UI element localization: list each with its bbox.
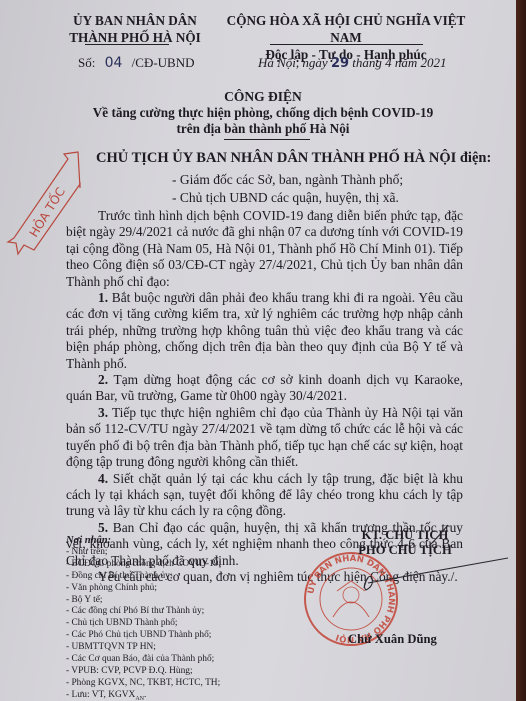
issuing-agency: ỦY BAN NHÂN DÂN THÀNH PHỐ HÀ NỘI — [55, 12, 215, 46]
distribution-item: - Chủ tịch UBND Thành phố; — [66, 618, 221, 630]
distribution-item: - Đồng chí Bí thư Thành ủy; — [66, 571, 221, 583]
signer-name: Chử Xuân Dũng — [348, 632, 437, 647]
document-type: CÔNG ĐIỆN — [0, 89, 526, 105]
recipient-line: - Giám đốc các Sở, ban, ngành Thành phố; — [172, 172, 403, 188]
number-handwritten: 04 — [105, 55, 123, 71]
date-day-handwritten: 29 — [331, 56, 349, 71]
number-label: Số: — [78, 55, 95, 70]
directive-item-2: 2. Tạm dừng hoạt động các cơ sở kinh doa… — [66, 372, 463, 405]
date-suffix: tháng 4 năm 2021 — [352, 55, 446, 70]
document-date: Hà Nội, ngày 29 tháng 4 năm 2021 — [258, 55, 447, 71]
distribution-item: - VPUB: CVP, PCVP Đ.Q. Hùng; — [66, 666, 221, 678]
distribution-item: - Lưu: VT, KGVXAN. — [66, 690, 221, 701]
distribution-item: - BCĐQG phòng chống dịch COVID-19; — [66, 559, 221, 571]
date-prefix: Hà Nội, ngày — [258, 55, 328, 70]
distribution-item: - Các Phó Chủ tịch UBND Thành phố; — [66, 630, 221, 642]
sender-line: CHỦ TỊCH ỦY BAN NHÂN DÂN THÀNH PHỐ HÀ NỘ… — [96, 150, 516, 167]
distribution-item: - Các Cơ quan Báo, đài của Thành phố; — [66, 654, 221, 666]
agency-line-1: ỦY BAN NHÂN DÂN — [55, 12, 215, 29]
subject-line-2: trên địa bàn thành phố Hà Nội — [0, 121, 526, 137]
distribution-item: - Như trên; — [66, 547, 221, 559]
directive-item-3: 3. Tiếp tục thực hiện nghiêm chỉ đạo của… — [66, 405, 463, 471]
motto-underline — [270, 44, 423, 45]
distribution-item: - Phòng KGVX, NC, TKBT, HCTC, TH; — [66, 678, 221, 690]
directive-item-1: 1. Bắt buộc người dân phải đeo khẩu tran… — [66, 290, 463, 372]
distribution-item: - UBMTTQVN TP HN; — [66, 642, 221, 654]
recipient-line: - Chủ tịch UBND các quận, huyện, thị xã. — [172, 190, 399, 206]
distribution-item: - Văn phòng Chính phủ; — [66, 583, 221, 595]
nation-line-1: CỘNG HÒA XÃ HỘI CHỦ NGHĨA VIỆT NAM — [215, 12, 477, 46]
intro-paragraph: Trước tình hình dịch bệnh COVID-19 đang … — [66, 208, 463, 290]
distribution-item: - Bộ Y tế; — [66, 595, 221, 607]
signature-block: KT. CHỦ TỊCH PHÓ CHỦ TỊCH — [330, 528, 480, 557]
directive-item-4: 4. Siết chặt quản lý tại các khu cách ly… — [66, 471, 463, 520]
distribution-list: Nơi nhận: - Như trên; - BCĐQG phòng chốn… — [66, 535, 221, 701]
signature-title-2: PHÓ CHỦ TỊCH — [330, 543, 480, 558]
document-number: Số: 04 /CĐ-UBND — [78, 55, 195, 71]
distribution-heading: Nơi nhận: — [66, 535, 221, 547]
title-underline — [224, 139, 310, 140]
distribution-item: - Các đồng chí Phó Bí thư Thành ủy; — [66, 606, 221, 618]
agency-underline — [85, 44, 169, 45]
number-suffix: /CĐ-UBND — [132, 55, 195, 70]
signature-title-1: KT. CHỦ TỊCH — [330, 528, 480, 543]
subject-line-1: Về tăng cường thực hiện phòng, chống dịc… — [0, 105, 526, 121]
